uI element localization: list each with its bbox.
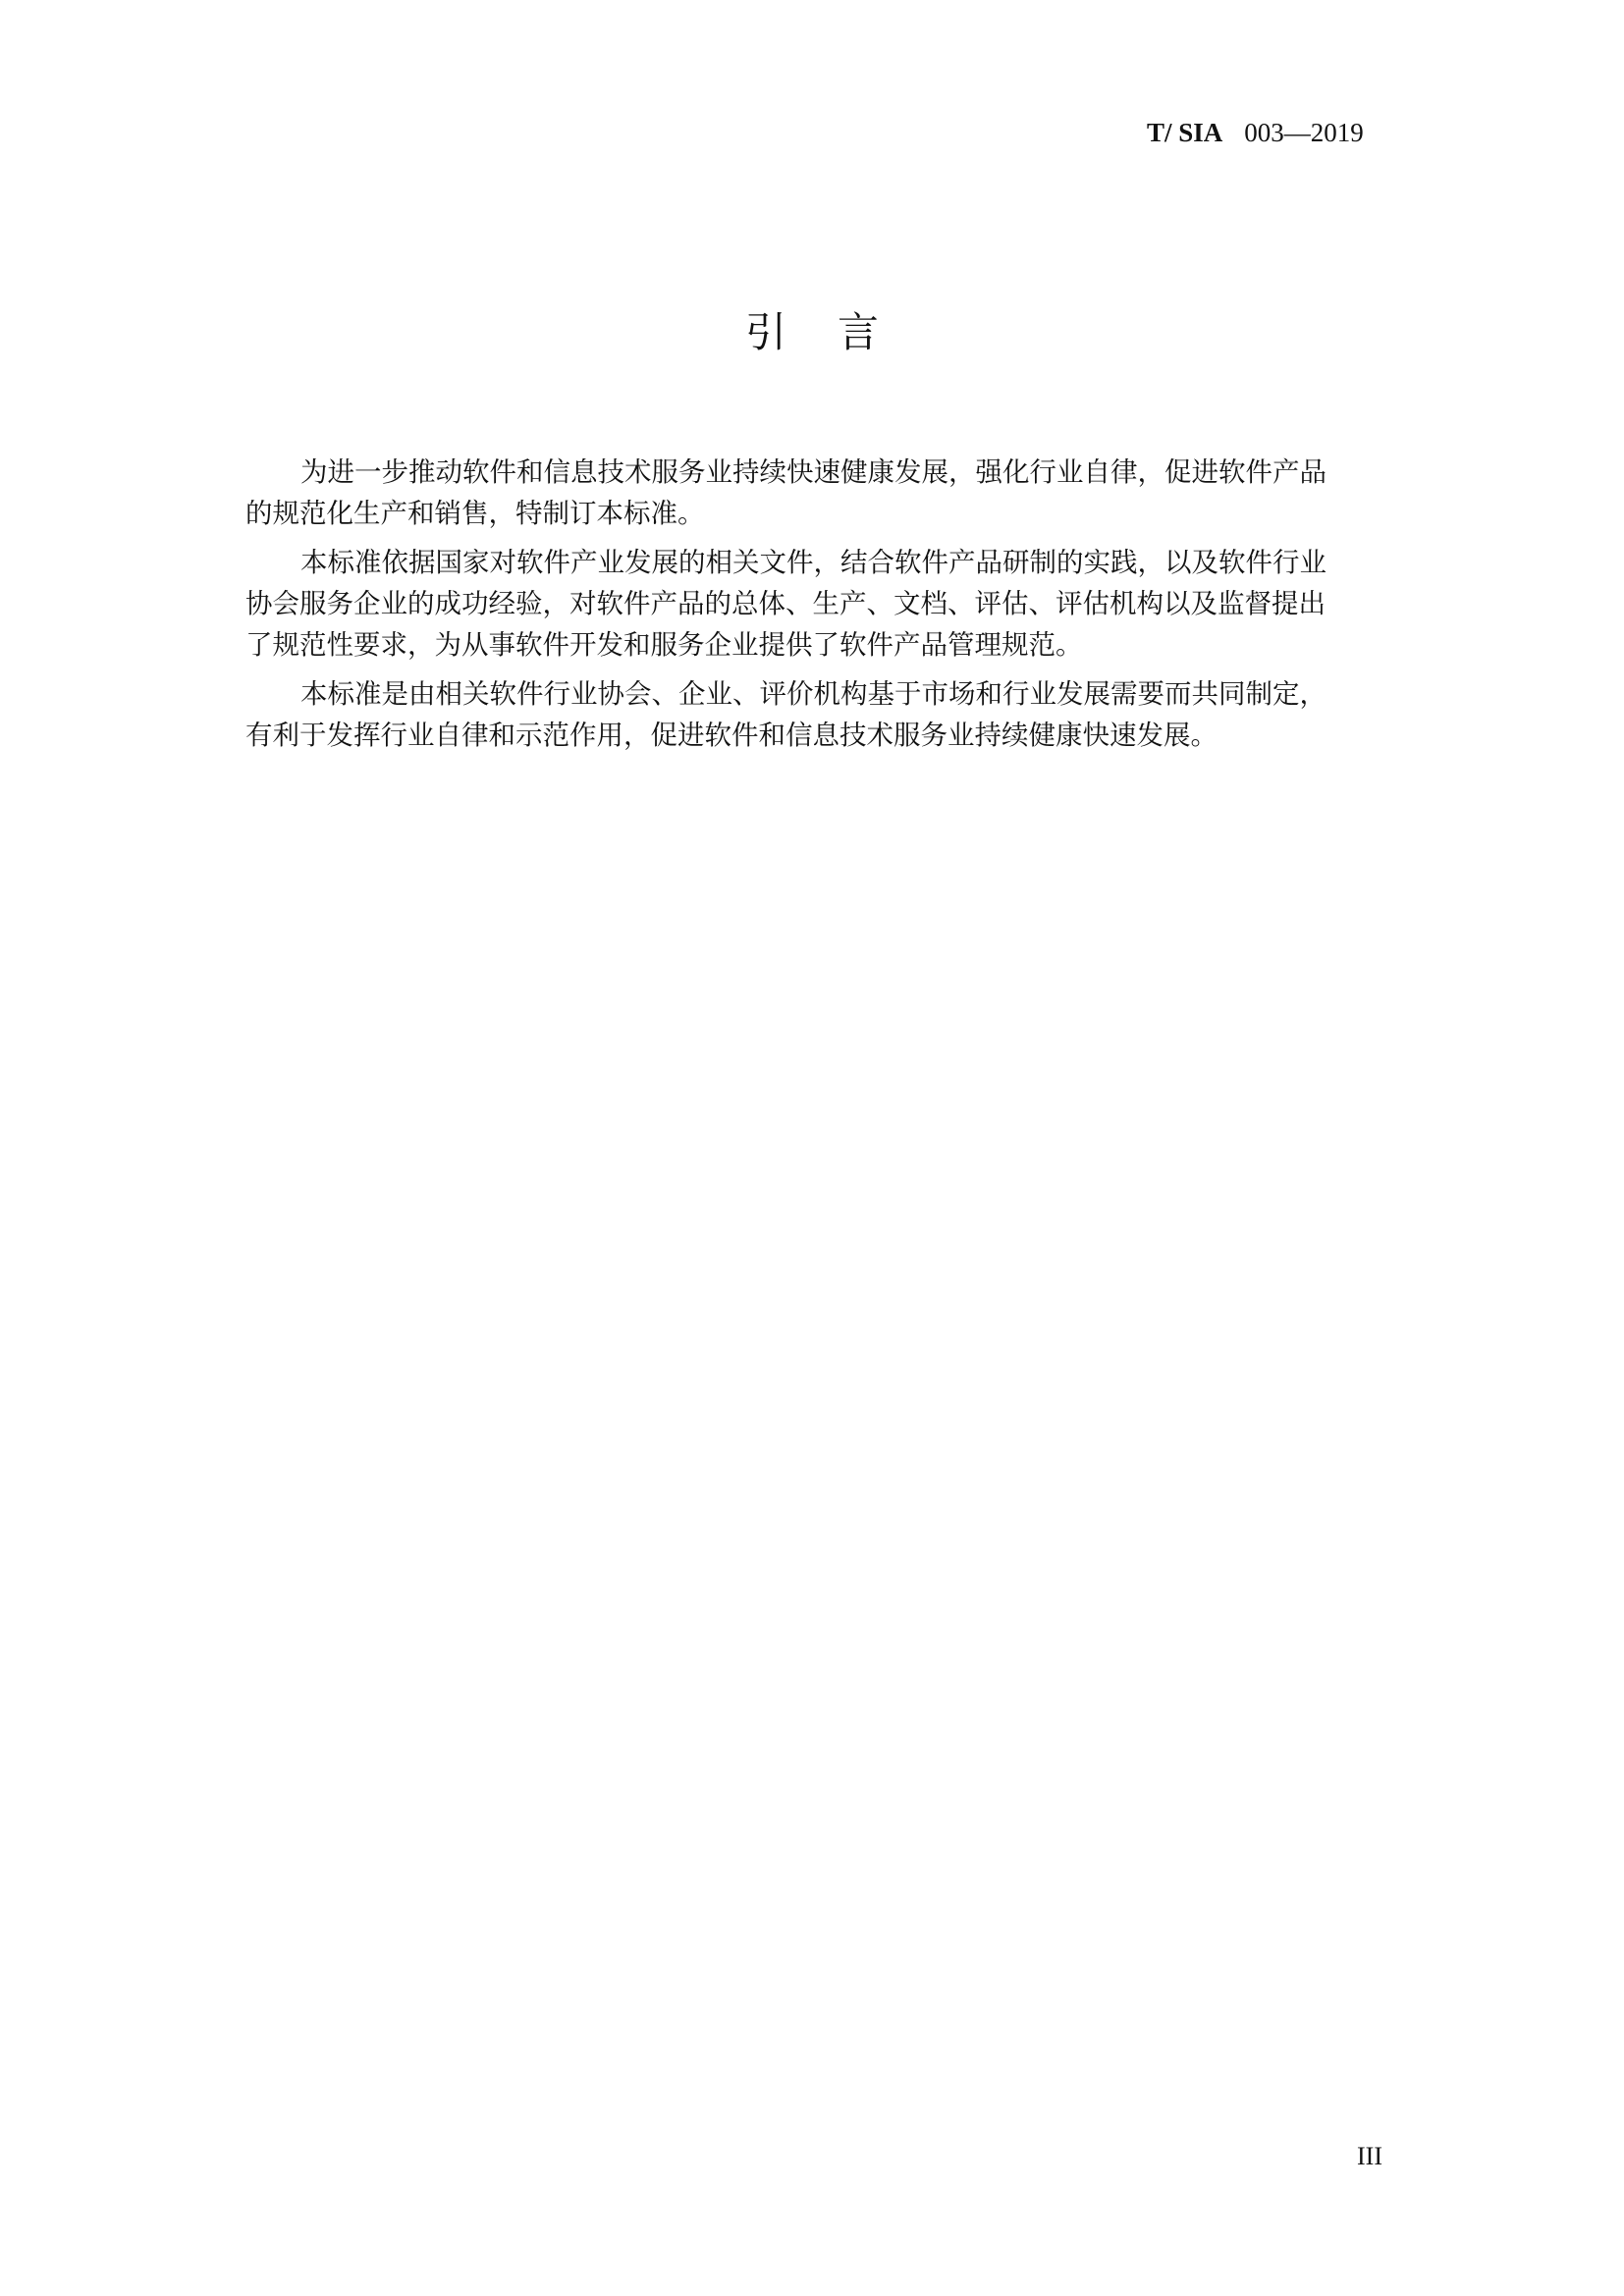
paragraph-line: 本标准是由相关软件行业协会、企业、评价机构基于市场和行业发展需要而共同制定， — [245, 673, 1394, 715]
paragraph-line: 有利于发挥行业自律和示范作用，促进软件和信息技术服务业持续健康快速发展。 — [245, 715, 1394, 756]
paragraph-3: 本标准是由相关软件行业协会、企业、评价机构基于市场和行业发展需要而共同制定， 有… — [245, 673, 1394, 756]
paragraph-1: 为进一步推动软件和信息技术服务业持续快速健康发展，强化行业自律，促进软件产品 的… — [245, 452, 1394, 534]
paragraph-line: 本标准依据国家对软件产业发展的相关文件，结合软件产品研制的实践，以及软件行业 — [245, 542, 1394, 583]
paragraph-line: 的规范化生产和销售，特制订本标准。 — [245, 493, 1394, 534]
document-body: 为进一步推动软件和信息技术服务业持续快速健康发展，强化行业自律，促进软件产品 的… — [245, 452, 1394, 764]
paragraph-line: 协会服务企业的成功经验，对软件产品的总体、生产、文档、评估、评估机构以及监督提出 — [245, 583, 1394, 624]
paragraph-line: 为进一步推动软件和信息技术服务业持续快速健康发展，强化行业自律，促进软件产品 — [245, 452, 1394, 493]
page-title: 引言 — [0, 300, 1624, 359]
paragraph-2: 本标准依据国家对软件产业发展的相关文件，结合软件产品研制的实践，以及软件行业 协… — [245, 542, 1394, 666]
paragraph-line: 了规范性要求，为从事软件开发和服务企业提供了软件产品管理规范。 — [245, 624, 1394, 666]
standard-code: T/ SIA — [1147, 118, 1222, 147]
standard-header: T/ SIA003—2019 — [1147, 118, 1364, 148]
standard-number: 003—2019 — [1244, 118, 1364, 147]
page-number: III — [1357, 2142, 1382, 2171]
